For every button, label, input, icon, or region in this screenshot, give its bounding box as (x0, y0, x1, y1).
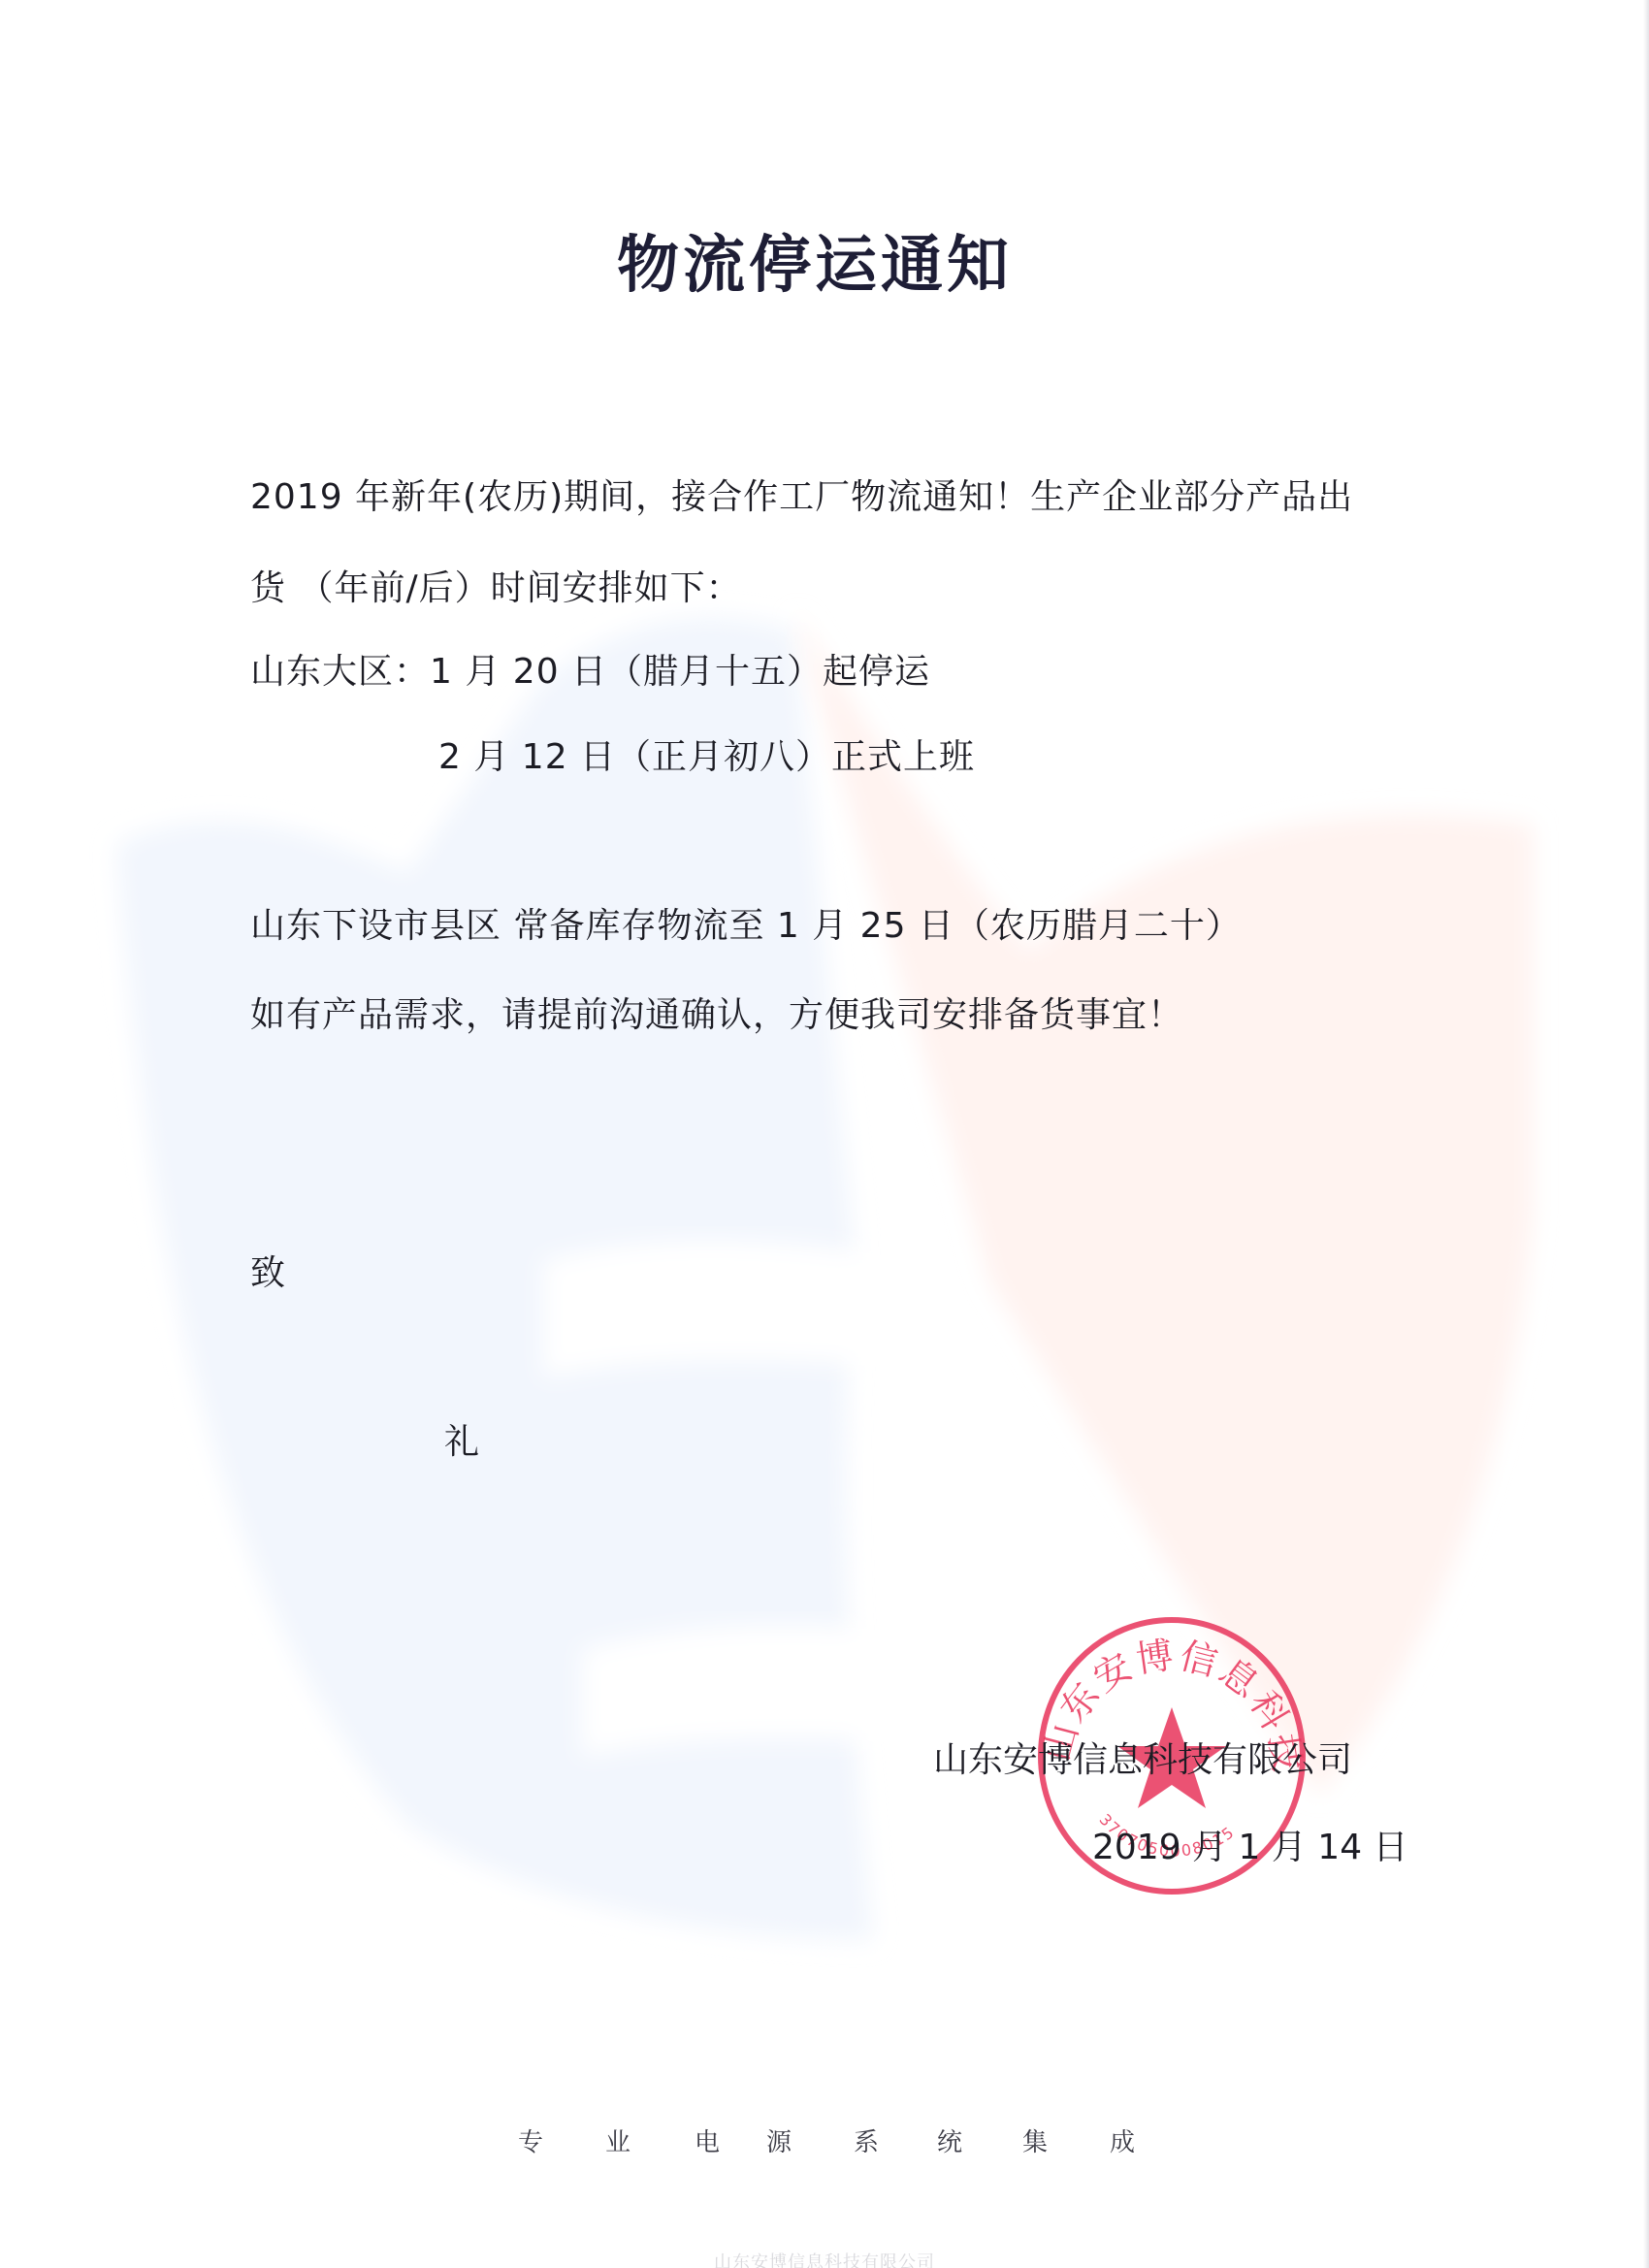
footer-company-name: 山东安博信息科技有限公司 (0, 2249, 1649, 2268)
slogan-char: 成 (1110, 2122, 1135, 2158)
slogan-char: 电 (695, 2122, 720, 2158)
slogan-char: 集 (1022, 2122, 1048, 2158)
document-page: 物流停运通知 2019 年新年(农历)期间，接合作工厂物流通知！生产企业部分产品… (0, 0, 1649, 2268)
slogan-char: 源 (766, 2122, 792, 2158)
footer-slogan: 专 业 电 源 系 统 集 成 (0, 2122, 1649, 2161)
slogan-char: 业 (605, 2122, 630, 2158)
company-logo-watermark (0, 0, 1649, 2268)
signature-company: 山东安博信息科技有限公司 (933, 1733, 1352, 1782)
slogan-char: 专 (518, 2122, 543, 2158)
stop-date: 1 月 20 日（腊月十五）起停运 (430, 652, 930, 692)
closing-zhi: 致 (250, 1246, 286, 1295)
closing-li: 礼 (444, 1414, 480, 1464)
region-label: 山东大区： (250, 652, 430, 692)
intro-line-1: 2019 年新年(农历)期间，接合作工厂物流通知！生产企业部分产品出 (250, 470, 1353, 519)
slogan-char: 系 (854, 2122, 879, 2158)
intro-line-2: 货 （年前/后）时间安排如下： (250, 561, 742, 610)
schedule-resume-line: 2 月 12 日（正月初八）正式上班 (438, 729, 975, 779)
page-title: 物流停运通知 (0, 215, 1630, 305)
slogan-char: 统 (937, 2122, 962, 2158)
scan-edge (1643, 0, 1649, 2268)
schedule-stop-line: 山东大区：1 月 20 日（腊月十五）起停运 (250, 644, 930, 694)
signature-date: 2019 月 1 月 14 日 (1092, 1820, 1408, 1869)
request-line: 如有产品需求，请提前沟通确认，方便我司安排备货事宜！ (250, 988, 1183, 1037)
county-line: 山东下设市县区 常备库存物流至 1 月 25 日（农历腊月二十） (250, 898, 1242, 948)
